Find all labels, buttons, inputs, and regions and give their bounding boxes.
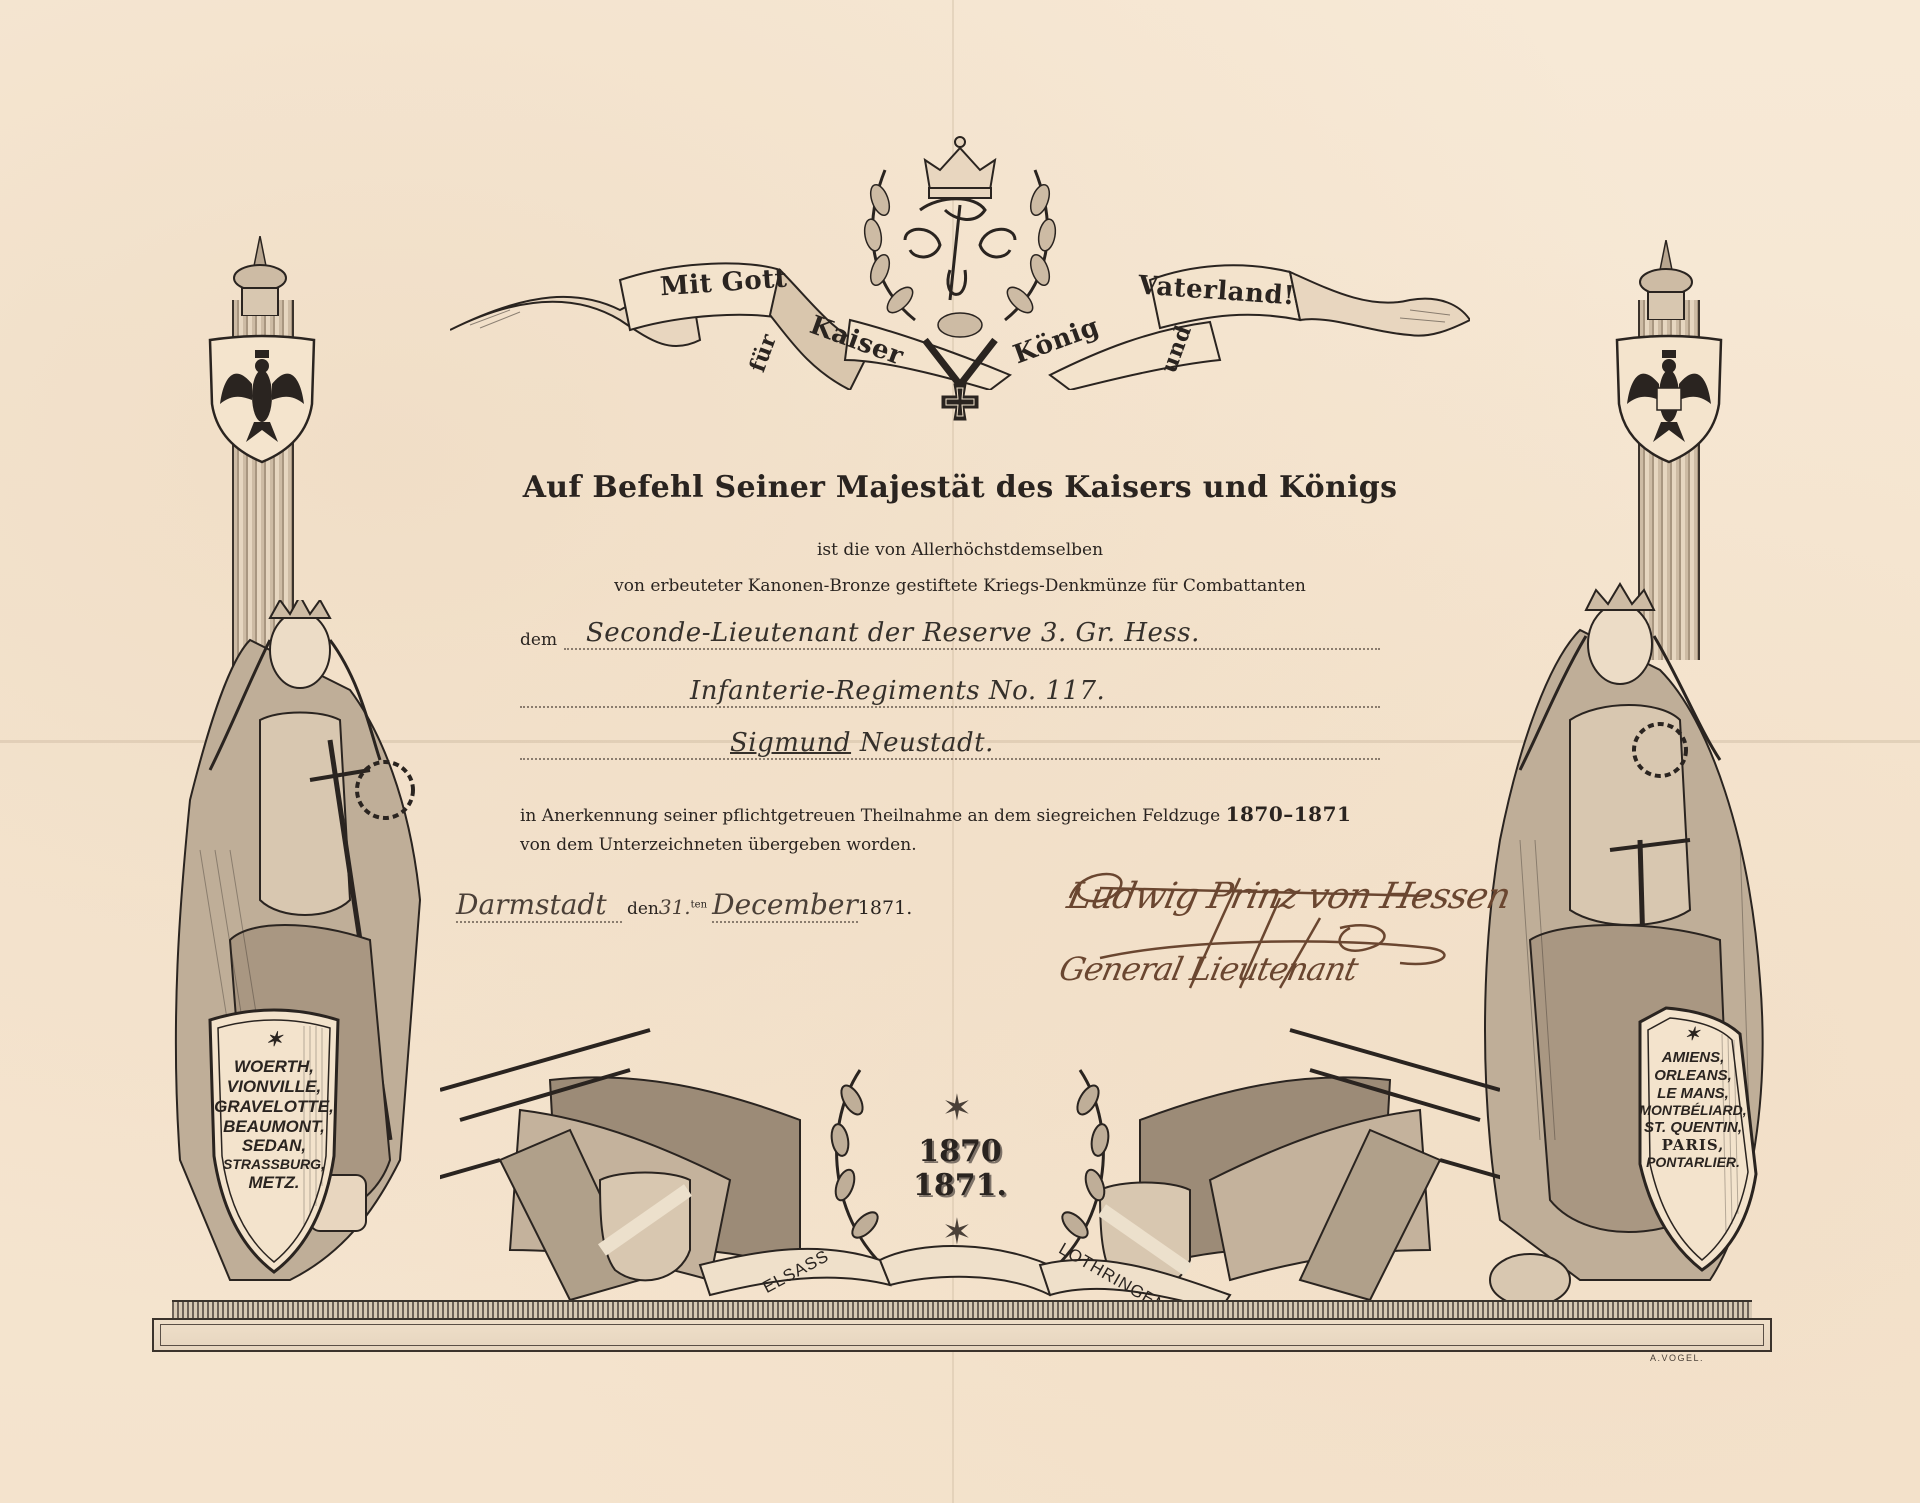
star-icon: ✶ bbox=[937, 1212, 977, 1253]
battle-name: LE MANS, bbox=[1626, 1086, 1760, 1102]
day-handwritten: 31. bbox=[659, 895, 691, 919]
place-and-date: Darmstadt den31.ten December1871. bbox=[456, 888, 1016, 928]
battle-name: GRAVELOTTE, bbox=[204, 1098, 344, 1116]
battle-name: BEAUMONT, bbox=[204, 1118, 344, 1136]
pedestal-frieze bbox=[172, 1300, 1752, 1318]
battle-name: VIONVILLE, bbox=[204, 1078, 344, 1096]
engraver-credit: A.VOGEL. bbox=[1650, 1353, 1704, 1363]
battle-name: ST. QUENTIN, bbox=[1626, 1120, 1760, 1136]
battle-name: MONTBÉLIARD, bbox=[1626, 1103, 1760, 1118]
recipient-regiment-handwritten: Infanterie-Regiments No. 117. bbox=[690, 676, 1105, 706]
battle-name: PARIS, bbox=[1626, 1138, 1760, 1154]
signatory-name: Ludwig Prinz von Hessen bbox=[1064, 876, 1514, 917]
signature: Ludwig Prinz von Hessen General Lieutena… bbox=[1040, 858, 1490, 1008]
certificate-title: Auf Befehl Seiner Majestät des Kaisers u… bbox=[0, 470, 1920, 505]
campaign-years: 1870–1871 bbox=[1226, 802, 1352, 826]
imperial-monogram-crest bbox=[845, 130, 1075, 430]
handover-text: von dem Unterzeichneten übergeben worden… bbox=[520, 835, 917, 855]
intro-line-1: ist die von Allerhöchstdemselben bbox=[0, 540, 1920, 560]
pedestal-slab bbox=[152, 1318, 1772, 1352]
recipient-rank-row-2: Infanterie-Regiments No. 117. bbox=[520, 674, 1380, 714]
intro-line-2: von erbeuteter Kanonen-Bronze gestiftete… bbox=[0, 576, 1920, 596]
day-suffix: ten bbox=[691, 900, 707, 911]
recipient-rank-handwritten: Seconde-Lieutenant der Reserve 3. Gr. He… bbox=[586, 618, 1200, 648]
signatory-title: General Lieutenant bbox=[1056, 950, 1361, 988]
medal-year-1871: 1871. bbox=[900, 1169, 1020, 1203]
recipient-rank-row-1: dem Seconde-Lieutenant der Reserve 3. Gr… bbox=[520, 616, 1380, 656]
imperial-eagle-shield-icon bbox=[1613, 334, 1725, 464]
star-icon: ✶ bbox=[937, 1088, 977, 1129]
battle-name: AMIENS, bbox=[1626, 1050, 1760, 1066]
battle-name: PONTARLIER. bbox=[1626, 1155, 1760, 1170]
battle-name: WOERTH, bbox=[204, 1058, 344, 1076]
imperial-eagle-shield-icon bbox=[206, 334, 318, 464]
left-pillar-finial bbox=[230, 236, 290, 316]
iron-cross-icon bbox=[942, 384, 978, 420]
battle-name: SEDAN, bbox=[204, 1137, 344, 1155]
medal-years: 1870 1871. bbox=[900, 1135, 1020, 1203]
recipient-first-name: Sigmund bbox=[730, 728, 851, 758]
right-battle-shield: ✶ AMIENS, ORLEANS, LE MANS, MONTBÉLIARD,… bbox=[1626, 1004, 1760, 1274]
battle-name: METZ. bbox=[204, 1174, 344, 1192]
recipient-name-row: Sigmund Neustadt. bbox=[520, 726, 1380, 766]
crown-icon bbox=[925, 137, 995, 198]
dotted-line bbox=[564, 648, 1380, 650]
recognition-sentence: in Anerkennung seiner pflichtgetreuen Th… bbox=[520, 806, 1220, 826]
dotted-line bbox=[520, 706, 1380, 708]
dotted-line bbox=[520, 758, 1380, 760]
month-handwritten: December bbox=[712, 888, 858, 921]
den-label: den bbox=[627, 899, 659, 919]
recipient-prefix: dem bbox=[520, 630, 557, 650]
battle-name: STRASSBURG, bbox=[204, 1157, 344, 1172]
recognition-text: in Anerkennung seiner pflichtgetreuen Th… bbox=[520, 802, 1351, 826]
left-battle-shield: ✶ WOERTH, VIONVILLE, GRAVELOTTE, BEAUMON… bbox=[204, 1006, 344, 1276]
pedestal-base bbox=[152, 1300, 1772, 1352]
battle-name: ORLEANS, bbox=[1626, 1068, 1760, 1084]
place-handwritten: Darmstadt bbox=[456, 888, 607, 921]
recipient-name-handwritten: Sigmund Neustadt. bbox=[730, 728, 994, 758]
year: 1871. bbox=[858, 897, 912, 919]
recipient-last-name: Neustadt. bbox=[860, 728, 994, 758]
right-pillar-finial bbox=[1636, 240, 1696, 320]
medal-year-1870: 1870 bbox=[900, 1135, 1020, 1169]
